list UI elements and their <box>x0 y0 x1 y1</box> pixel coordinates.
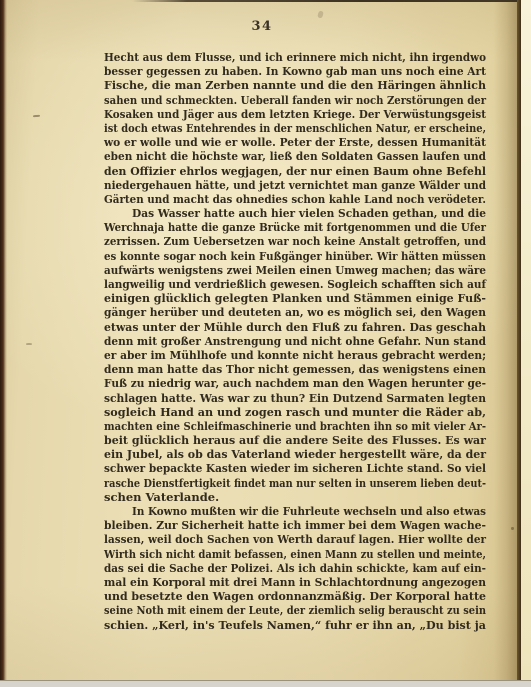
text-line: Kosaken und Jäger aus dem letzten Kriege… <box>104 107 486 121</box>
text-line: etwas unter der Mühle durch den Fluß zu … <box>104 320 486 334</box>
text-line-content: Fische, die man Zerben nannte und die de… <box>104 78 486 92</box>
text-line-content: sogleich Hand an und zogen rasch und mun… <box>104 405 486 419</box>
text-line-content: es konnte sogar noch kein Fußgänger hinü… <box>104 249 486 263</box>
text-line-content: besser gegessen zu haben. In Kowno gab m… <box>104 64 486 78</box>
text-line-content: und besetzte den Wagen ordonnanzmäßig. D… <box>104 589 486 603</box>
text-line: sogleich Hand an und zogen rasch und mun… <box>104 405 486 419</box>
text-line-content: ein Jubel, als ob das Vaterland wieder h… <box>104 447 486 461</box>
text-line-content: den Offizier ehrlos wegjagen, der nur ei… <box>104 164 486 178</box>
text-line-content: schwer bepackte Kasten wieder im sichere… <box>104 461 486 475</box>
text-line-content: Hecht aus dem Flusse, und ich erinnere m… <box>104 50 486 64</box>
text-line-content: eben nicht die höchste war, ließ den Sol… <box>104 149 486 163</box>
text-line: schwer bepackte Kasten wieder im sichere… <box>104 461 486 475</box>
text-line: mal ein Korporal mit drei Mann in Schlac… <box>104 575 486 589</box>
text-line: schien. „Kerl, in's Teufels Namen,“ fuhr… <box>104 618 486 632</box>
text-line-content: ist doch etwas Entehrendes in der mensch… <box>104 121 486 135</box>
text-line: Fuß zu niedrig war, auch nachdem man den… <box>104 376 486 390</box>
ink-speck <box>33 115 40 117</box>
text-line: einigen glücklich gelegten Planken und S… <box>104 291 486 305</box>
text-line: machten eine Schleifmaschinerie und brac… <box>104 419 486 433</box>
text-line-content: beit glücklich heraus auf die andere Sei… <box>104 433 486 447</box>
text-line-content: niedergehauen hätte, und jetzt vernichte… <box>104 178 486 192</box>
text-line: wo er wolle und wie er wolle. Peter der … <box>104 135 486 149</box>
text-line: Gärten und macht das ohnedies schon kahl… <box>104 192 486 206</box>
ink-speck <box>26 343 32 345</box>
text-line: schen Vaterlande. <box>104 490 486 504</box>
text-line-content: seine Noth mit einem der Leute, der ziem… <box>104 603 486 617</box>
text-line-content: etwas unter der Mühle durch den Fluß zu … <box>104 320 486 334</box>
page-number: 34 <box>246 19 278 34</box>
text-line: gänger herüber und deuteten an, wo es mö… <box>104 305 486 319</box>
text-line-content: das sei die Sache der Polizei. Als ich d… <box>104 561 486 575</box>
text-line-content: lassen, weil doch Sachen von Werth darau… <box>104 532 486 546</box>
text-line: Wirth sich nicht damit befassen, einen M… <box>104 547 486 561</box>
text-line: eben nicht die höchste war, ließ den Sol… <box>104 149 486 163</box>
ink-speck <box>317 10 324 18</box>
text-line-content: schien. „Kerl, in's Teufels Namen,“ fuhr… <box>104 618 486 632</box>
page-curvature-shadow <box>494 0 517 681</box>
text-line: rasche Dienstfertigkeit findet man nur s… <box>104 476 486 490</box>
left-scan-edge <box>0 0 7 681</box>
text-line: niedergehauen hätte, und jetzt vernichte… <box>104 178 486 192</box>
text-line-content: sahen und schmeckten. Ueberall fanden wi… <box>104 93 486 107</box>
text-line-content: er aber im Mühlhofe und konnte nicht her… <box>104 348 486 362</box>
text-line: lassen, weil doch Sachen von Werth darau… <box>104 532 486 546</box>
text-line: ist doch etwas Entehrendes in der mensch… <box>104 121 486 135</box>
text-line-content: In Kowno mußten wir die Fuhrleute wechse… <box>132 504 486 518</box>
text-line-content: Werchnaja hatte die ganze Brücke mit for… <box>104 220 486 234</box>
text-line: sahen und schmeckten. Ueberall fanden wi… <box>104 93 486 107</box>
text-line: langweilig und verdrießlich gewesen. Sog… <box>104 277 486 291</box>
text-line: seine Noth mit einem der Leute, der ziem… <box>104 603 486 617</box>
text-line-content: rasche Dienstfertigkeit findet man nur s… <box>104 476 486 490</box>
text-line-content: machten eine Schleifmaschinerie und brac… <box>104 419 486 433</box>
adjacent-page-edge-strip <box>521 0 531 681</box>
text-line: Das Wasser hatte auch hier vielen Schade… <box>104 206 486 220</box>
text-line-content: mal ein Korporal mit drei Mann in Schlac… <box>104 575 486 589</box>
text-line: schlagen hatte. Was war zu thun? Ein Dut… <box>104 391 486 405</box>
text-line: beit glücklich heraus auf die andere Sei… <box>104 433 486 447</box>
text-line: ein Jubel, als ob das Vaterland wieder h… <box>104 447 486 461</box>
text-line-content: einigen glücklich gelegten Planken und S… <box>104 291 486 305</box>
text-line-content: denn man hatte das Thor nicht gemessen, … <box>104 362 486 376</box>
text-line-content: Das Wasser hatte auch hier vielen Schade… <box>132 206 486 220</box>
text-line-content: zerrissen. Zum Uebersetzen war noch kein… <box>104 234 486 248</box>
text-line-content: bleiben. Zur Sicherheit hatte ich immer … <box>104 518 486 532</box>
text-line: es konnte sogar noch kein Fußgänger hinü… <box>104 249 486 263</box>
scanned-book-page: 34 Hecht aus dem Flusse, und ich erinner… <box>0 0 531 687</box>
text-line: zerrissen. Zum Uebersetzen war noch kein… <box>104 234 486 248</box>
text-line-content: Kosaken und Jäger aus dem letzten Kriege… <box>104 107 486 121</box>
text-line: In Kowno mußten wir die Fuhrleute wechse… <box>104 504 486 518</box>
text-line: Fische, die man Zerben nannte und die de… <box>104 78 486 92</box>
text-line: besser gegessen zu haben. In Kowno gab m… <box>104 64 486 78</box>
text-line: den Offizier ehrlos wegjagen, der nur ei… <box>104 164 486 178</box>
text-line-content: gänger herüber und deuteten an, wo es mö… <box>104 305 486 319</box>
text-line-content: Wirth sich nicht damit befassen, einen M… <box>104 547 486 561</box>
text-line: Werchnaja hatte die ganze Brücke mit for… <box>104 220 486 234</box>
text-line-content: Gärten und macht das ohnedies schon kahl… <box>104 192 486 206</box>
text-line-content: Fuß zu niedrig war, auch nachdem man den… <box>104 376 486 390</box>
top-page-edge-line <box>132 0 521 2</box>
text-block: Hecht aus dem Flusse, und ich erinnere m… <box>104 50 486 632</box>
text-line-content: aufwärts wenigstens zwei Meilen einen Um… <box>104 263 486 277</box>
text-line-content: denn mit großer Anstrengung und nicht oh… <box>104 334 486 348</box>
text-line: Hecht aus dem Flusse, und ich erinnere m… <box>104 50 486 64</box>
text-line-content: wo er wolle und wie er wolle. Peter der … <box>104 135 486 149</box>
text-line: bleiben. Zur Sicherheit hatte ich immer … <box>104 518 486 532</box>
text-line-content: langweilig und verdrießlich gewesen. Sog… <box>104 277 486 291</box>
text-line: denn man hatte das Thor nicht gemessen, … <box>104 362 486 376</box>
text-line: aufwärts wenigstens zwei Meilen einen Um… <box>104 263 486 277</box>
text-line-content: schlagen hatte. Was war zu thun? Ein Dut… <box>104 391 486 405</box>
page-paper: 34 Hecht aus dem Flusse, und ich erinner… <box>0 0 531 681</box>
text-line-content: schen Vaterlande. <box>104 490 219 504</box>
text-line: das sei die Sache der Polizei. Als ich d… <box>104 561 486 575</box>
text-line: er aber im Mühlhofe und konnte nicht her… <box>104 348 486 362</box>
text-line: denn mit großer Anstrengung und nicht oh… <box>104 334 486 348</box>
text-line: und besetzte den Wagen ordonnanzmäßig. D… <box>104 589 486 603</box>
scanner-background-strip <box>0 680 531 687</box>
